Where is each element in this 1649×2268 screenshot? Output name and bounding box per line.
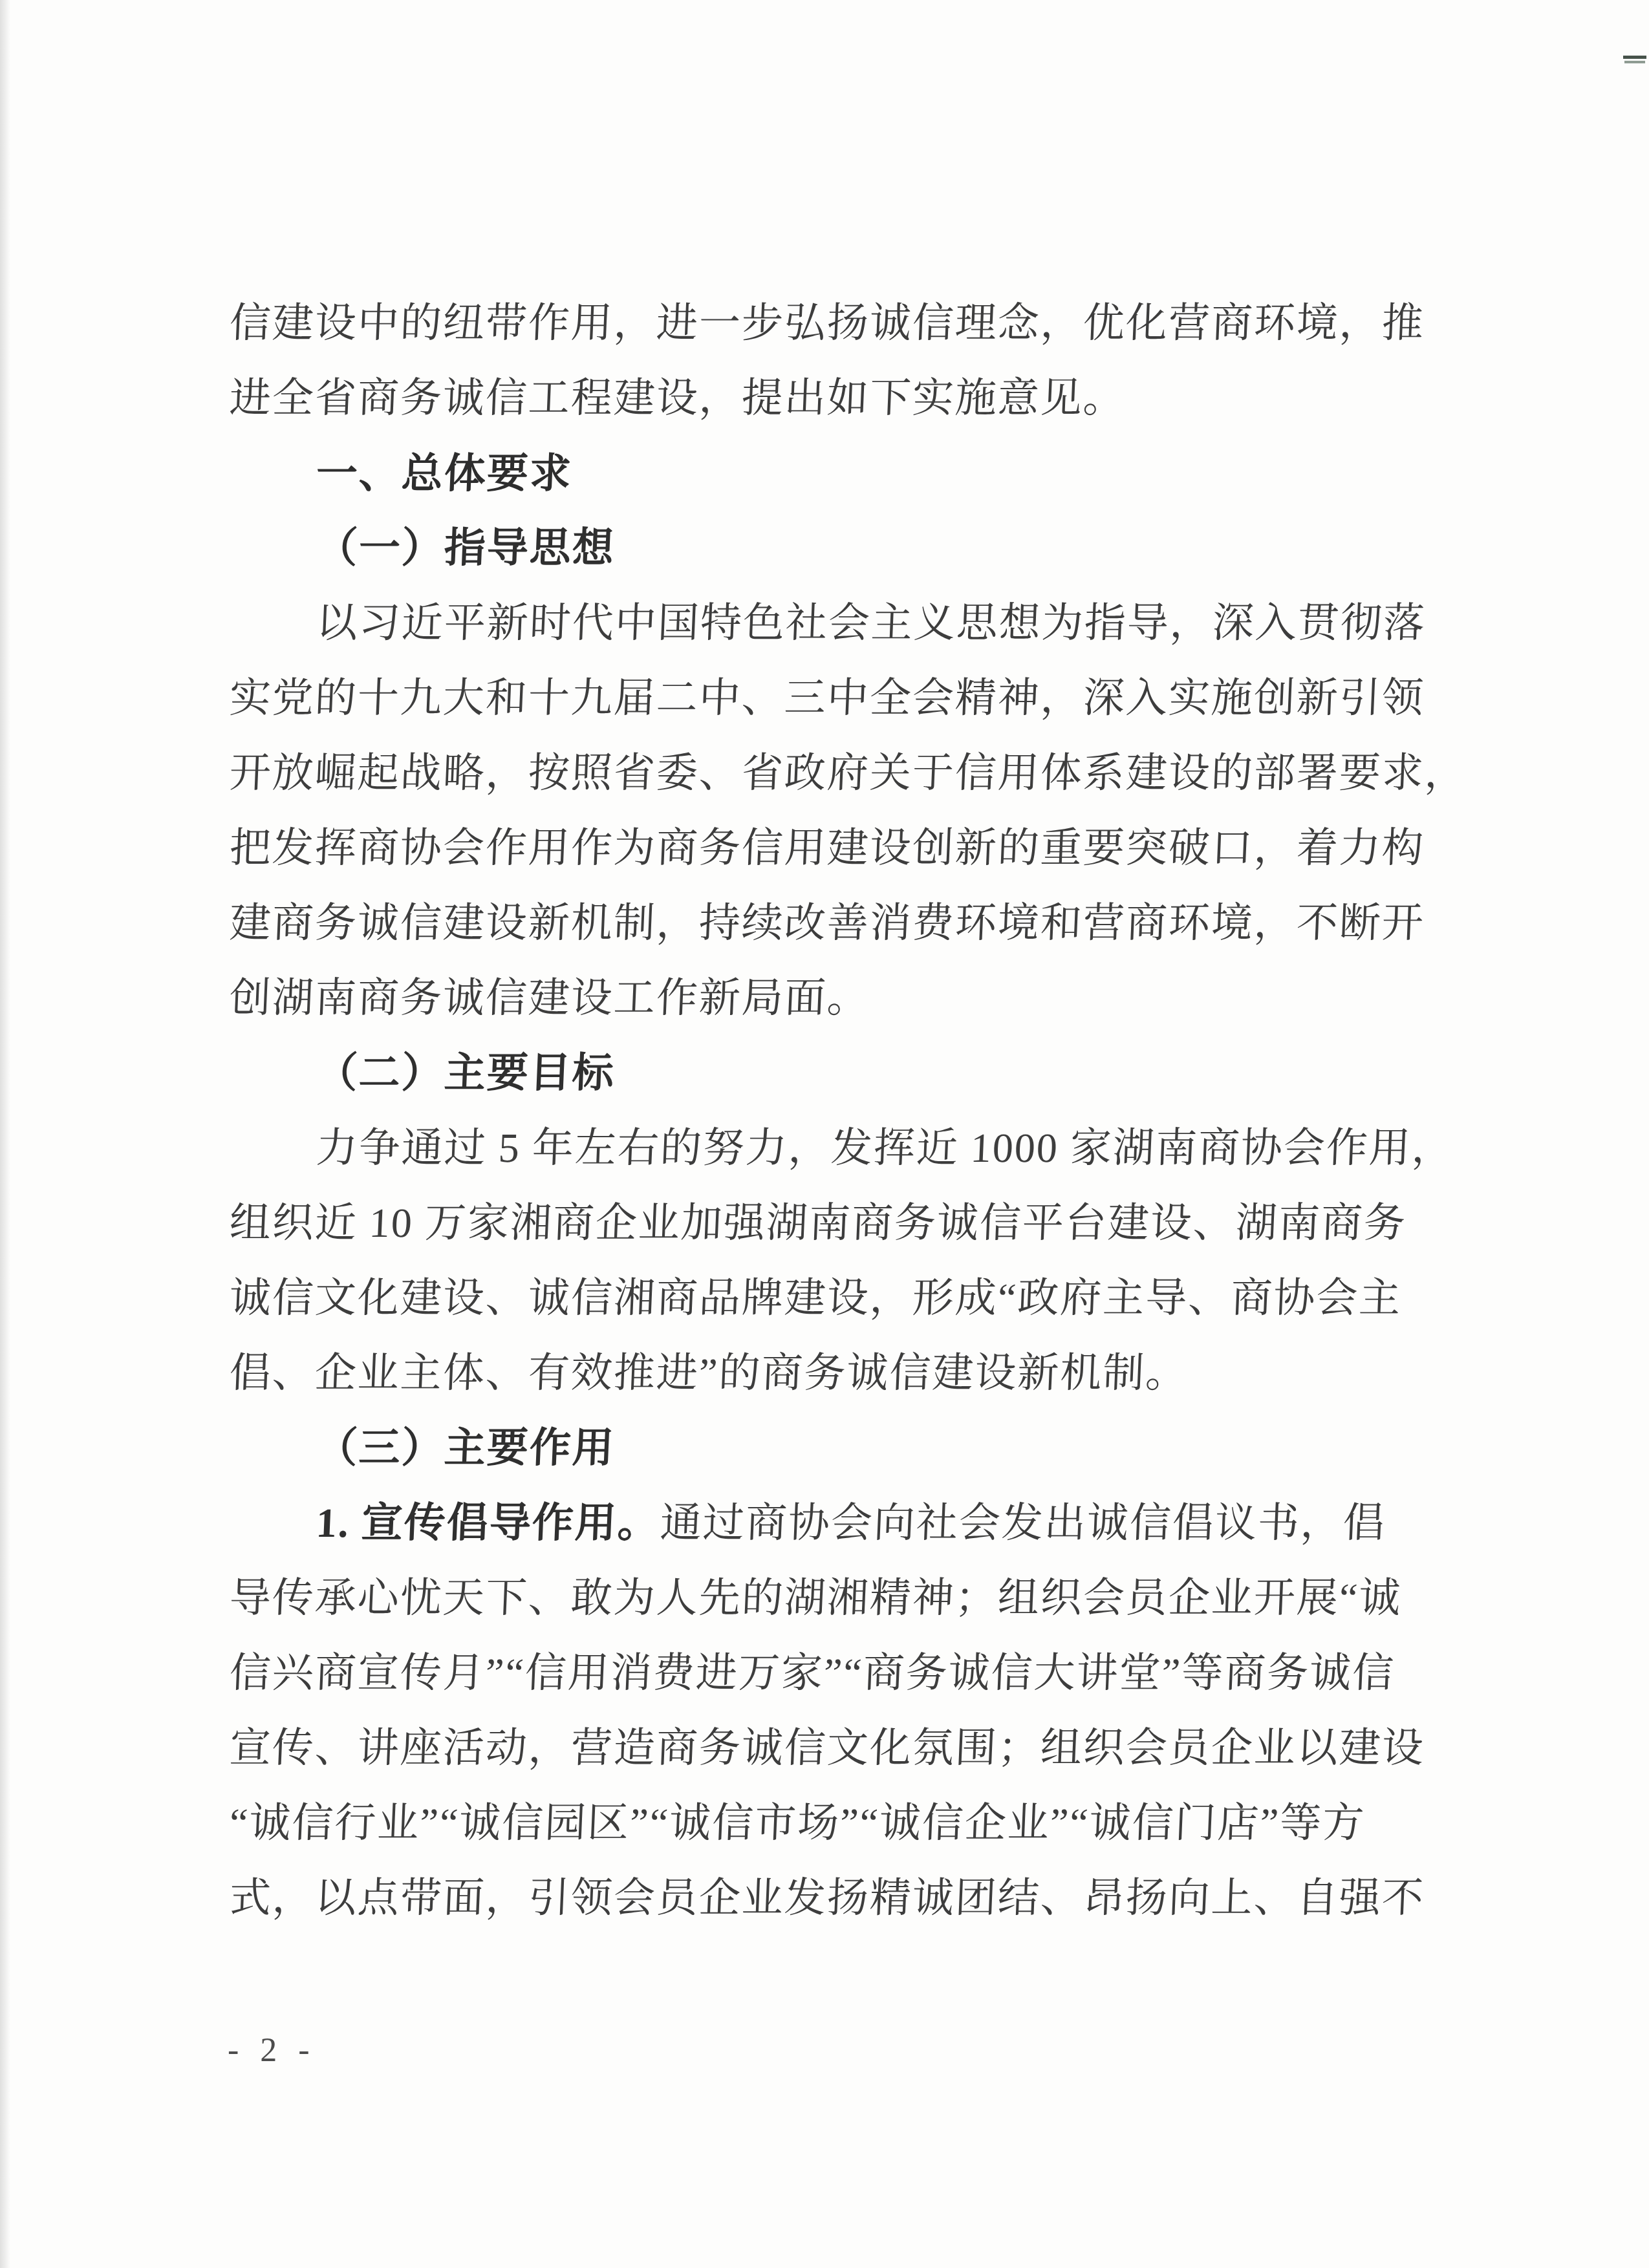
body-line: 实党的十九大和十九届二中、三中全会精神，深入实施创新引领 — [228, 661, 1441, 736]
body-line: 以习近平新时代中国特色社会主义思想为指导，深入贯彻落 — [228, 586, 1441, 661]
body-line: 创湖南商务诚信建设工作新局面。 — [228, 961, 1441, 1036]
body-line: 开放崛起战略，按照省委、省政府关于信用体系建设的部署要求， — [228, 736, 1441, 811]
scanned-document-page: 信建设中的纽带作用，进一步弘扬诚信理念，优化营商环境，推 进全省商务诚信工程建设… — [0, 0, 1649, 2268]
body-line: 宣传、讲座活动，营造商务诚信文化氛围；组织会员企业以建设 — [228, 1711, 1441, 1786]
body-line: “诚信行业”“诚信园区”“诚信市场”“诚信企业”“诚信门店”等方 — [228, 1786, 1441, 1861]
body-line: 式，以点带面，引领会员企业发扬精诚团结、昂扬向上、自强不 — [228, 1861, 1441, 1936]
numbered-item-text: 通过商协会向社会发出诚信倡议书，倡 — [660, 1500, 1387, 1546]
body-line: 组织近 10 万家湘商企业加强湖南商务诚信平台建设、湖南商务 — [228, 1186, 1441, 1261]
body-line: 把发挥商协会作用作为商务信用建设创新的重要突破口，着力构 — [228, 811, 1441, 886]
numbered-item-title: 1. 宣传倡导作用。 — [316, 1500, 662, 1546]
sub-heading: （三）主要作用 — [228, 1411, 1441, 1486]
body-line: 诚信文化建设、诚信湘商品牌建设，形成“政府主导、商协会主 — [228, 1261, 1441, 1336]
sub-heading: （二）主要目标 — [228, 1036, 1441, 1111]
document-body: 信建设中的纽带作用，进一步弘扬诚信理念，优化营商环境，推 进全省商务诚信工程建设… — [230, 286, 1439, 1936]
scan-artifact-bar — [1624, 61, 1645, 63]
numbered-item-line: 1. 宣传倡导作用。通过商协会向社会发出诚信倡议书，倡 — [228, 1486, 1441, 1561]
body-line: 建商务诚信建设新机制，持续改善消费环境和营商环境，不断开 — [228, 886, 1441, 961]
body-line: 信兴商宣传月”“信用消费进万家”“商务诚信大讲堂”等商务诚信 — [228, 1636, 1441, 1711]
scan-artifact-mark — [1623, 56, 1646, 65]
body-line: 导传承心忧天下、敢为人先的湖湘精神；组织会员企业开展“诚 — [228, 1561, 1441, 1636]
body-line: 信建设中的纽带作用，进一步弘扬诚信理念，优化营商环境，推 — [228, 286, 1441, 361]
body-line: 进全省商务诚信工程建设，提出如下实施意见。 — [228, 361, 1441, 436]
body-line: 力争通过 5 年左右的努力，发挥近 1000 家湖南商协会作用， — [228, 1111, 1441, 1186]
scan-artifact-bar — [1623, 56, 1646, 59]
body-line: 倡、企业主体、有效推进”的商务诚信建设新机制。 — [228, 1336, 1441, 1411]
sub-heading: （一）指导思想 — [228, 511, 1441, 586]
scan-edge-shading — [0, 0, 10, 2268]
section-heading: 一、总体要求 — [228, 436, 1441, 511]
page-number: - 2 - — [228, 2025, 316, 2077]
